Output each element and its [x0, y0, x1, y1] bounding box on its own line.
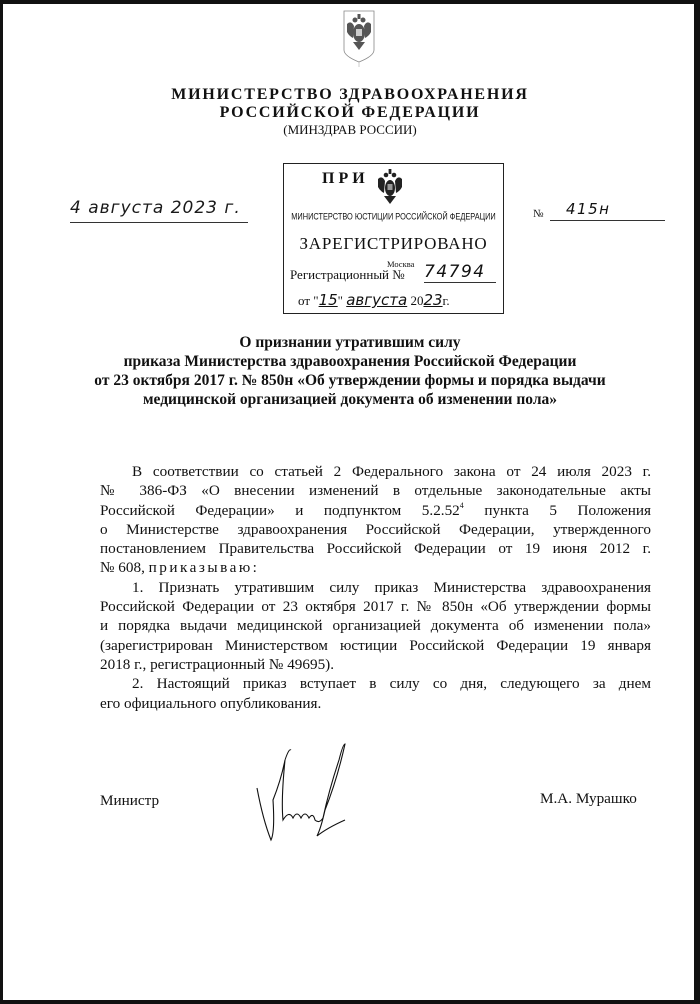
title-line: медицинской организацией документа об из…: [60, 390, 640, 409]
item-1-line: 1. Признать утратившим силу приказ Минис…: [100, 578, 651, 597]
registration-stamp: ПРИ МИНИСТЕРСТВО ЮСТИЦИИ РОССИЙСКОЙ ФЕДЕ…: [283, 163, 504, 314]
document-body: В соответствии со статьей 2 Федерального…: [100, 462, 651, 713]
stamp-day: 15: [319, 291, 338, 309]
body-line: о Министерстве здравоохранения Российско…: [100, 520, 651, 539]
stamp-year-end: г.: [443, 293, 450, 308]
coat-of-arms-icon: [343, 10, 375, 68]
item-1-line: и порядка выдачи медицинской организацие…: [100, 616, 651, 635]
signatory-position: Министр: [100, 792, 159, 810]
order-word: приказываю:: [149, 559, 260, 576]
item-2-line: его официального опубликования.: [100, 694, 651, 713]
body-line: № 608, приказываю:: [100, 558, 651, 577]
stamp-month: августа: [346, 291, 407, 309]
signatory-name: М.А. Мурашко: [540, 790, 637, 808]
title-line: О признании утратившим силу: [60, 333, 640, 352]
title-line: приказа Министерства здравоохранения Рос…: [60, 352, 640, 371]
stamp-reg-number: 74794: [424, 262, 496, 283]
stamp-status: ЗАРЕГИСТРИРОВАНО: [284, 234, 503, 254]
item-1-line: Российской Федерации от 23 октября 2017 …: [100, 597, 651, 616]
order-date-handwritten: 4 августа 2023 г.: [70, 198, 248, 223]
stamp-from-label: от: [298, 293, 310, 308]
item-1-line: 2018 г., регистрационный № 49695).: [100, 655, 651, 674]
ministry-name-line2: РОССИЙСКОЙ ФЕДЕРАЦИИ: [0, 104, 700, 122]
stamp-heading: ПРИ: [322, 170, 369, 188]
order-number-label: №: [533, 208, 544, 220]
body-line: Российской Федерации» и подпунктом 5.2.5…: [100, 501, 651, 520]
stamp-reg-label: Регистрационный №: [290, 267, 405, 283]
body-line: В соответствии со статьей 2 Федерального…: [100, 462, 651, 481]
scan-edge-left: [0, 0, 3, 1004]
body-line: № 386-ФЗ «О внесении изменений в отдельн…: [100, 481, 651, 500]
scan-edge-right: [694, 0, 700, 1004]
stamp-year-suffix: 23: [423, 291, 442, 309]
stamp-date-line: от "15" августа 2023г.: [298, 291, 450, 309]
ministry-short-name: (МИНЗДРАВ РОССИИ): [0, 122, 700, 138]
scan-edge-top: [0, 0, 700, 4]
title-line: от 23 октября 2017 г. № 850н «Об утвержд…: [60, 371, 640, 390]
document-title: О признании утратившим силу приказа Мини…: [60, 333, 640, 409]
body-line: постановлением Правительства Российской …: [100, 539, 651, 558]
body-text: № 608,: [100, 559, 145, 576]
body-text: Российской Федерации» и подпунктом 5.2.5…: [100, 502, 460, 519]
stamp-year-prefix: 20: [410, 293, 423, 308]
stamp-authority: МИНИСТЕРСТВО ЮСТИЦИИ РОССИЙСКОЙ ФЕДЕРАЦИ…: [284, 211, 503, 222]
handwritten-signature-icon: [255, 740, 375, 850]
item-2-line: 2. Настоящий приказ вступает в силу со д…: [100, 674, 651, 693]
ministry-name-line1: МИНИСТЕРСТВО ЗДРАВООХРАНЕНИЯ: [0, 86, 700, 104]
scan-edge-bottom: [0, 1000, 700, 1004]
item-1-line: (зарегистрирован Министерством юстиции Р…: [100, 636, 651, 655]
order-number-handwritten: 415н: [550, 200, 665, 221]
stamp-eagle-icon: [376, 169, 404, 205]
body-text: пункта 5 Положения: [464, 502, 651, 519]
